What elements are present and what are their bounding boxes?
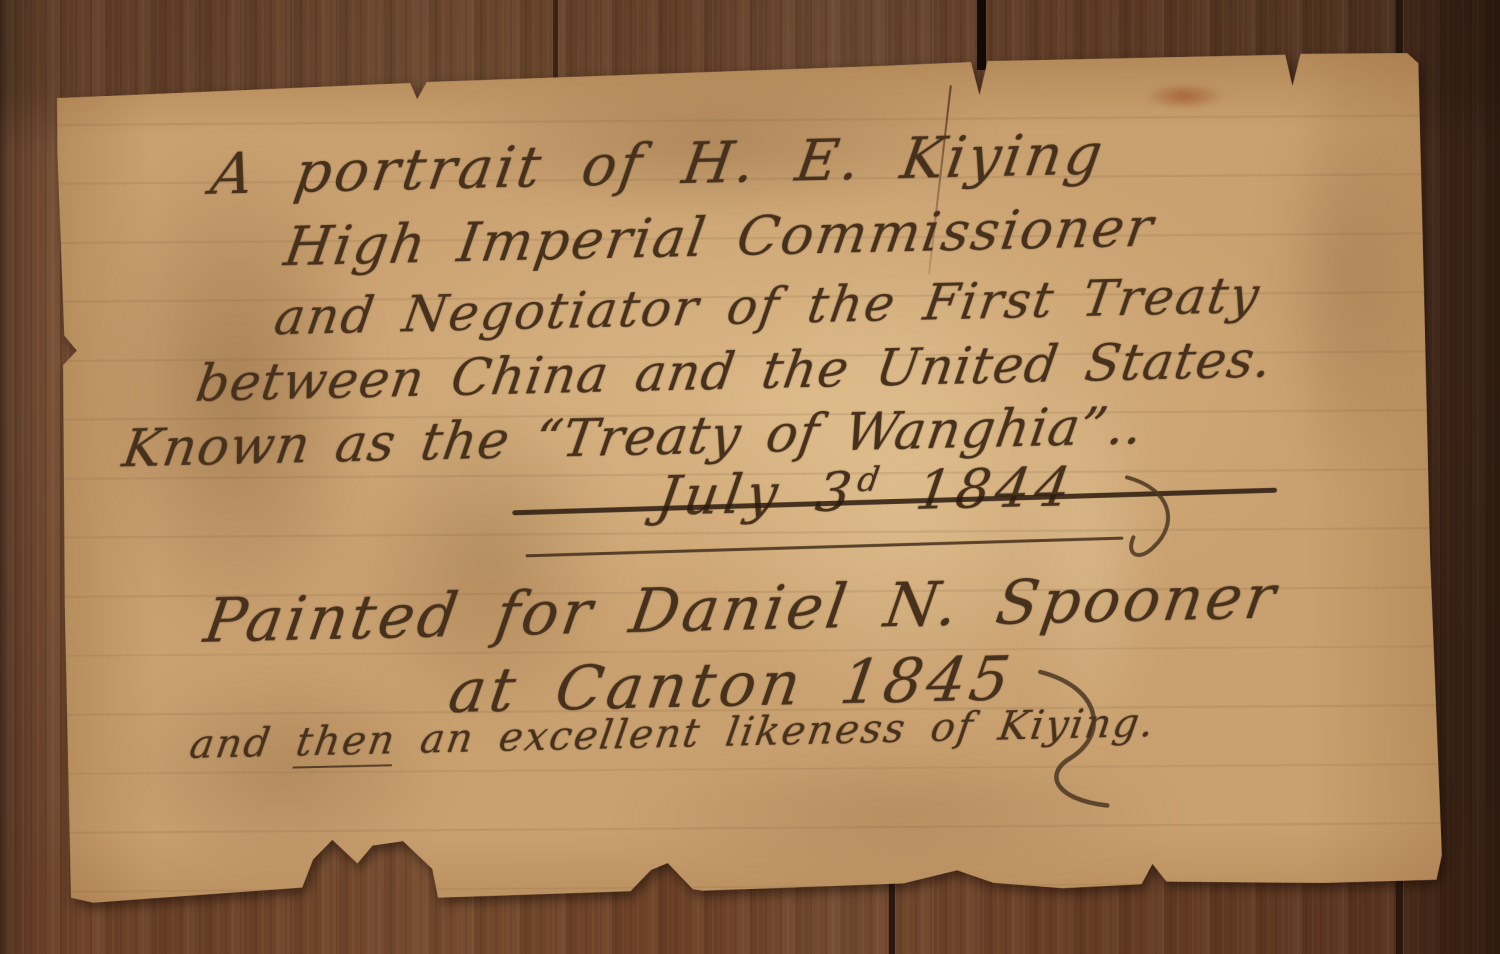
- date-day: July 3: [653, 460, 861, 528]
- handwritten-line-1: A portrait of H. E. Kiying: [207, 126, 1109, 206]
- paper-stain: [1264, 61, 1437, 482]
- line5-suffix: ”..: [1076, 396, 1148, 457]
- date-year: 1844: [878, 455, 1080, 522]
- handwritten-line-2: High Imperial Commissioner: [281, 200, 1159, 276]
- handwritten-line-9: and then an excellent likeness of Kiying…: [187, 702, 1159, 766]
- paper-red-mark: [1144, 83, 1224, 110]
- photo-of-handwritten-label: A portrait of H. E. Kiying High Imperial…: [0, 0, 1500, 954]
- paper-label: A portrait of H. E. Kiying High Imperial…: [54, 51, 1445, 909]
- underline-stroke-date: [526, 537, 1124, 558]
- handwritten-line-7: Painted for Daniel N. Spooner: [200, 565, 1282, 653]
- handwritten-line-3: and Negotiator of the First Treaty: [271, 269, 1264, 344]
- ink-flourish-after-1844: [1119, 471, 1190, 576]
- wood-left-edge-shadow: [0, 0, 16, 954]
- handwritten-line-6-date: July 3d 1844: [653, 457, 1079, 525]
- paper-label-shadow-wrap: A portrait of H. E. Kiying High Imperial…: [54, 51, 1445, 909]
- line9-prefix: and: [187, 719, 300, 767]
- paper-stain: [118, 658, 450, 880]
- line9-underlined-word: then: [292, 717, 399, 768]
- paper-stain: [619, 743, 1180, 887]
- line5-prefix: Known as the “: [119, 409, 568, 479]
